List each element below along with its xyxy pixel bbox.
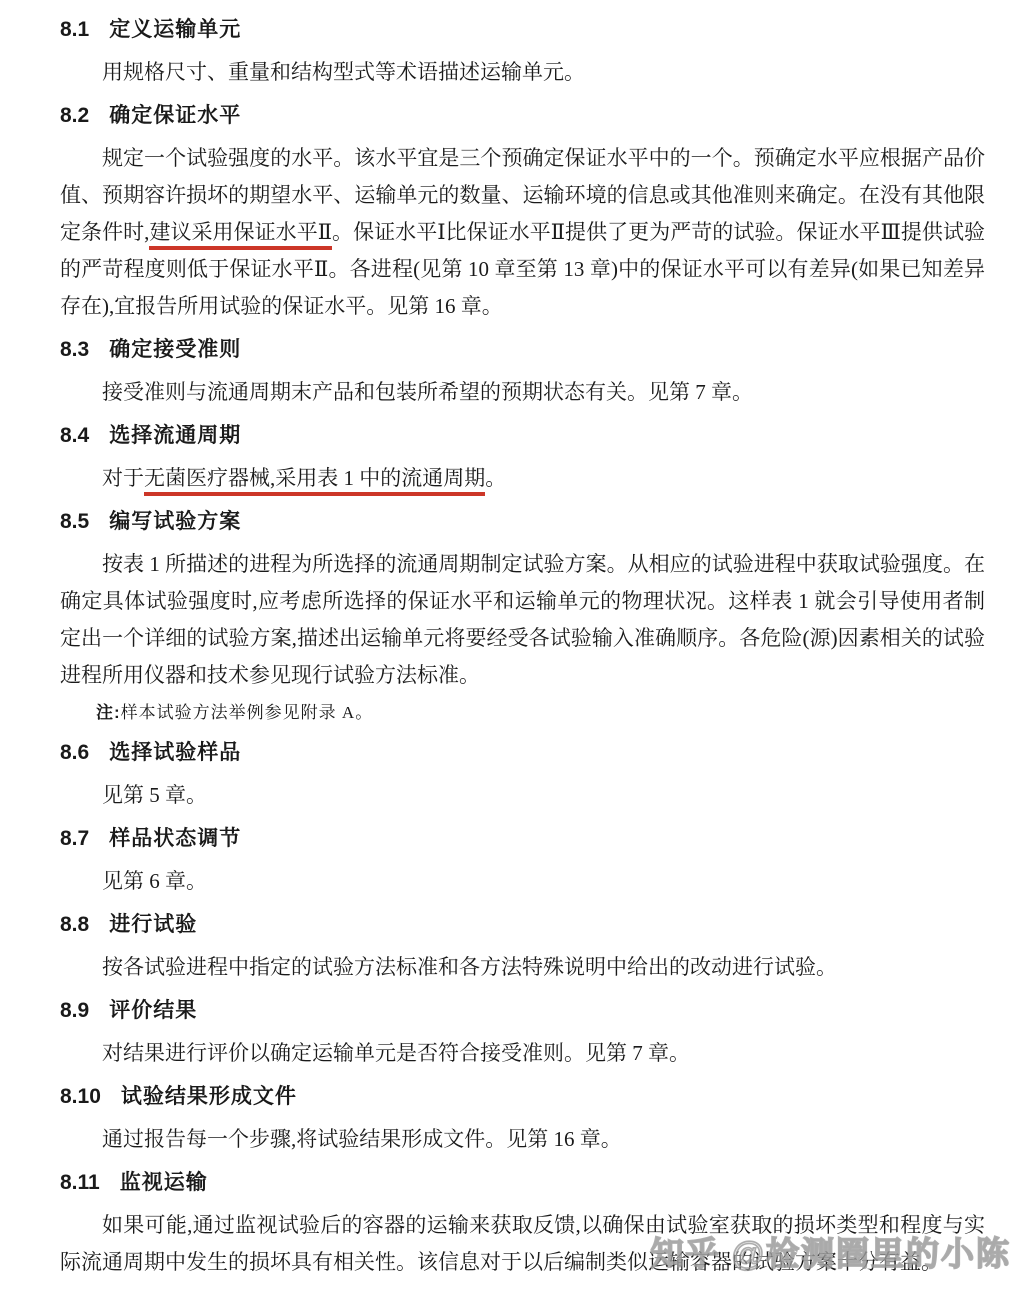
section-paragraph-8-3: 接受准则与流通周期末产品和包装所希望的预期状态有关。见第 7 章。 (60, 374, 985, 411)
note-line: 注:样本试验方法举例参见附录 A。 (96, 698, 985, 728)
paragraph-text: 见第 5 章。 (102, 783, 207, 807)
section-heading-8-6: 8.6选择试验样品 (60, 734, 985, 771)
section-number: 8.4 (60, 417, 89, 454)
section-title: 定义运输单元 (109, 18, 241, 41)
section-paragraph-8-10: 通过报告每一个步骤,将试验结果形成文件。见第 16 章。 (60, 1121, 985, 1158)
section-title: 样品状态调节 (109, 827, 241, 850)
section-number: 8.9 (60, 992, 89, 1029)
section-heading-8-9: 8.9评价结果 (60, 992, 985, 1029)
section-heading-8-5: 8.5编写试验方案 (60, 503, 985, 540)
section-number: 8.5 (60, 503, 89, 540)
note-text: 样本试验方法举例参见附录 A。 (121, 703, 374, 722)
document-page: 8.1定义运输单元 用规格尺寸、重量和结构型式等术语描述运输单元。 8.2确定保… (0, 0, 1013, 1304)
section-title: 试验结果形成文件 (121, 1085, 297, 1108)
section-title: 监视运输 (120, 1171, 208, 1194)
section-number: 8.6 (60, 734, 89, 771)
section-title: 进行试验 (109, 913, 197, 936)
section-heading-8-4: 8.4选择流通周期 (60, 417, 985, 454)
paragraph-text: 按各试验进程中指定的试验方法标准和各方法特殊说明中给出的改动进行试验。 (102, 955, 837, 979)
paragraph-text: 按表 1 所描述的进程为所选择的流通周期制定试验方案。从相应的试验进程中获取试验… (60, 552, 985, 687)
section-heading-8-10: 8.10试验结果形成文件 (60, 1078, 985, 1115)
section-number: 8.2 (60, 97, 89, 134)
section-paragraph-8-7: 见第 6 章。 (60, 863, 985, 900)
section-heading-8-3: 8.3确定接受准则 (60, 331, 985, 368)
section-title: 评价结果 (109, 999, 197, 1022)
section-paragraph-8-1: 用规格尺寸、重量和结构型式等术语描述运输单元。 (60, 54, 985, 91)
note-label: 注: (96, 703, 121, 722)
red-underlined-text: 无菌医疗器械,采用表 1 中的流通周期 (144, 466, 485, 496)
section-number: 8.1 (60, 11, 89, 48)
section-title: 确定接受准则 (109, 338, 241, 361)
paragraph-text: 用规格尺寸、重量和结构型式等术语描述运输单元。 (102, 60, 585, 84)
section-number: 8.3 (60, 331, 89, 368)
section-heading-8-2: 8.2确定保证水平 (60, 97, 985, 134)
section-number: 8.11 (60, 1164, 100, 1201)
section-title: 选择试验样品 (109, 741, 241, 764)
section-paragraph-8-9: 对结果进行评价以确定运输单元是否符合接受准则。见第 7 章。 (60, 1035, 985, 1072)
paragraph-text: 对结果进行评价以确定运输单元是否符合接受准则。见第 7 章。 (102, 1041, 690, 1065)
section-heading-8-8: 8.8进行试验 (60, 906, 985, 943)
section-heading-8-11: 8.11监视运输 (60, 1164, 985, 1201)
red-underlined-text: 建议采用保证水平Ⅱ (149, 220, 332, 250)
paragraph-text: 接受准则与流通周期末产品和包装所希望的预期状态有关。见第 7 章。 (102, 380, 753, 404)
section-paragraph-8-2: 规定一个试验强度的水平。该水平宜是三个预确定保证水平中的一个。预确定水平应根据产… (60, 140, 985, 325)
section-paragraph-8-8: 按各试验进程中指定的试验方法标准和各方法特殊说明中给出的改动进行试验。 (60, 949, 985, 986)
paragraph-text: 见第 6 章。 (102, 869, 207, 893)
section-paragraph-8-6: 见第 5 章。 (60, 777, 985, 814)
paragraph-text: 。 (485, 466, 506, 490)
paragraph-text: 通过报告每一个步骤,将试验结果形成文件。见第 16 章。 (102, 1127, 622, 1151)
section-number: 8.10 (60, 1078, 101, 1115)
section-paragraph-8-5: 按表 1 所描述的进程为所选择的流通周期制定试验方案。从相应的试验进程中获取试验… (60, 546, 985, 694)
section-paragraph-8-4: 对于无菌医疗器械,采用表 1 中的流通周期。 (60, 460, 985, 497)
paragraph-text: 对于 (102, 466, 144, 490)
section-heading-8-7: 8.7样品状态调节 (60, 820, 985, 857)
section-title: 选择流通周期 (109, 424, 241, 447)
section-heading-8-1: 8.1定义运输单元 (60, 11, 985, 48)
zhihu-watermark: 知乎 @检测圈里的小陈 (651, 1228, 1011, 1275)
section-title: 编写试验方案 (109, 510, 241, 533)
section-number: 8.7 (60, 820, 89, 857)
section-number: 8.8 (60, 906, 89, 943)
section-title: 确定保证水平 (109, 104, 241, 127)
